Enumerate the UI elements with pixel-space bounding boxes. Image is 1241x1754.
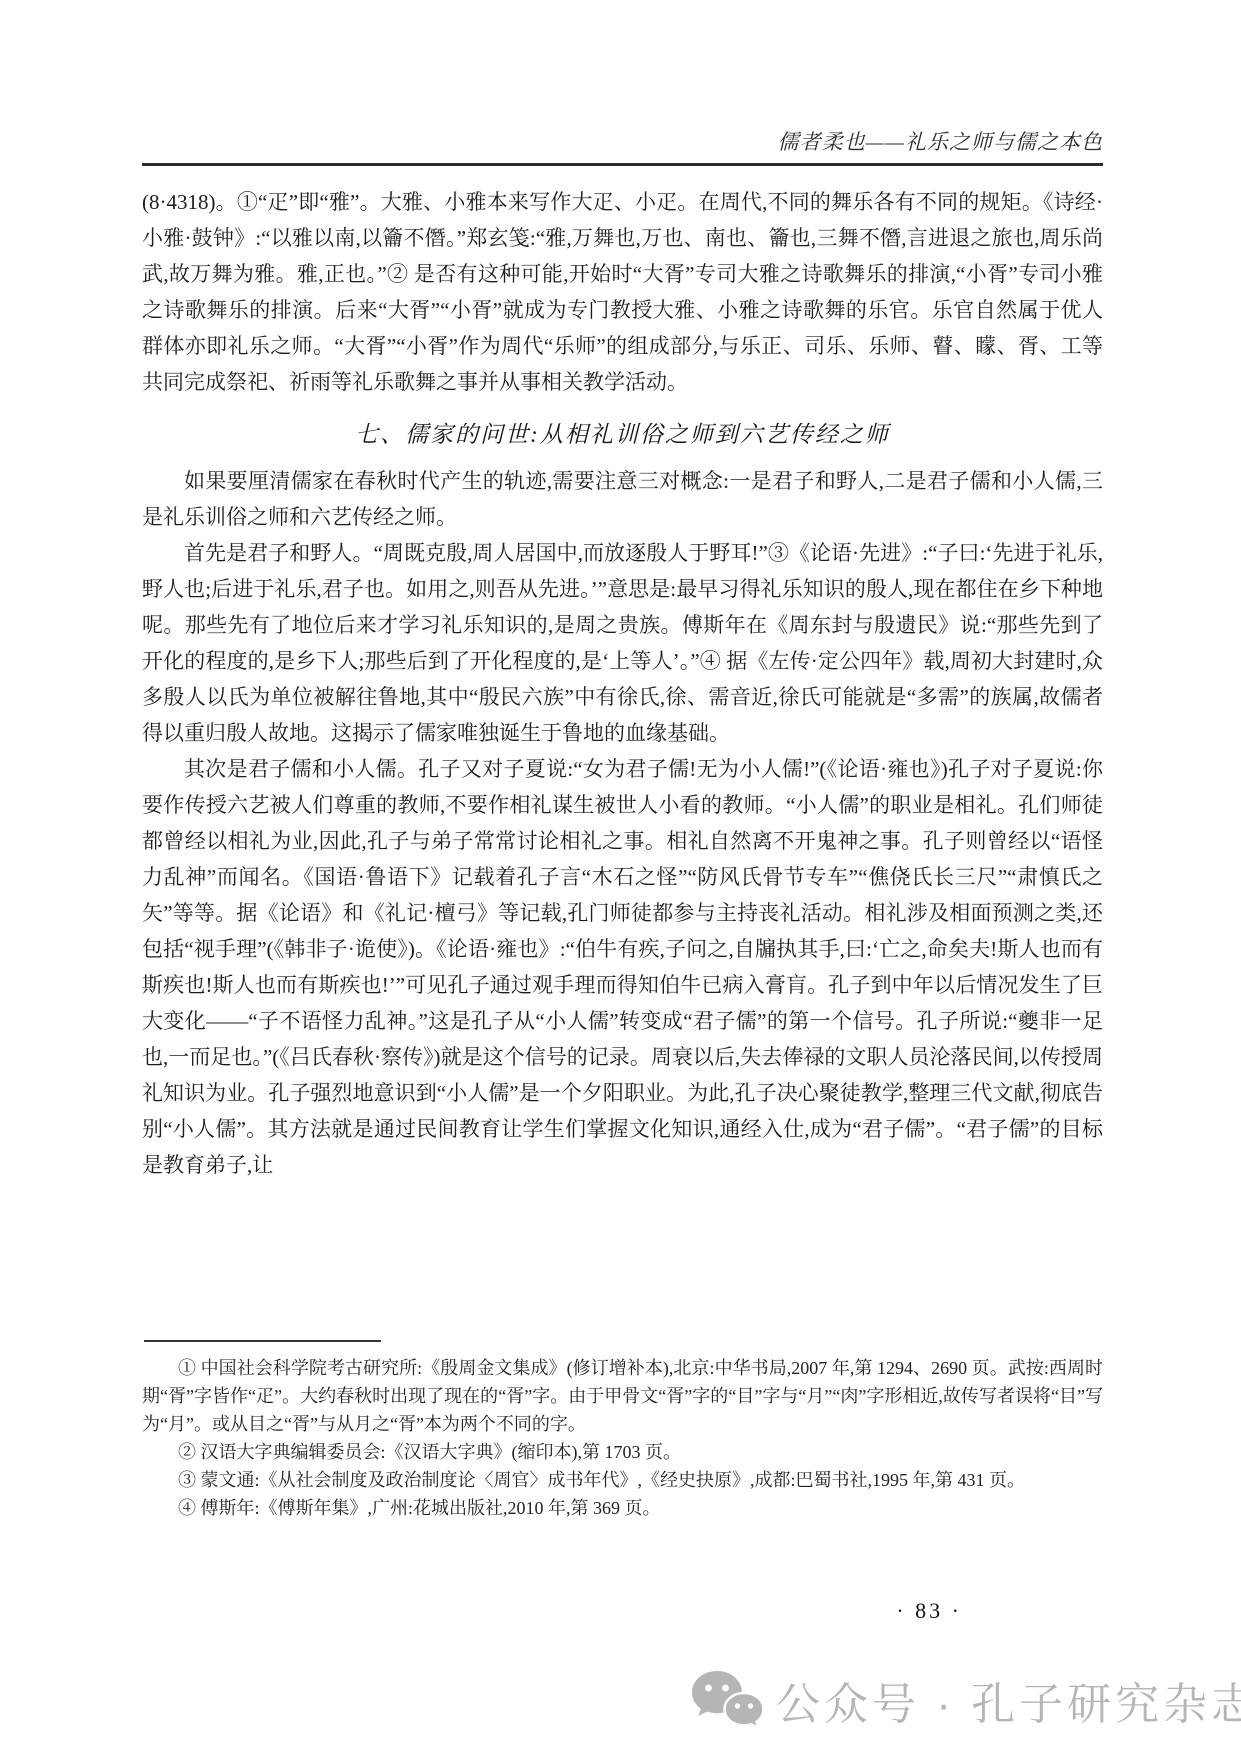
footnotes-section: ① 中国社会科学院考古研究所:《殷周金文集成》(修订增补本),北京:中华书局,2… xyxy=(142,1340,1103,1522)
running-head-container: 儒者柔也——礼乐之师与儒之本色 xyxy=(142,126,1103,156)
body-paragraph: 首先是君子和野人。“周既克殷,周人居国中,而放逐殷人于野耳!”③《论语·先进》:… xyxy=(142,535,1103,751)
footnote: ④ 傅斯年:《傅斯年集》,广州:花城出版社,2010 年,第 369 页。 xyxy=(142,1494,1103,1522)
footnote: ① 中国社会科学院考古研究所:《殷周金文集成》(修订增补本),北京:中华书局,2… xyxy=(142,1354,1103,1438)
page-body: (8·4318)。①“疋”即“雅”。大雅、小雅本来写作大疋、小疋。在周代,不同的… xyxy=(142,184,1103,1183)
running-head: 儒者柔也——礼乐之师与儒之本色 xyxy=(778,130,1103,154)
body-paragraph: 其次是君子儒和小人儒。孔子又对子夏说:“女为君子儒!无为小人儒!”(《论语·雍也… xyxy=(142,751,1103,1183)
wechat-icon xyxy=(690,1669,762,1731)
footnote-divider xyxy=(144,1340,381,1342)
section-heading: 七、儒家的问世:从相礼训俗之师到六艺传经之师 xyxy=(142,416,1103,449)
page-number: · 83 · xyxy=(142,1598,962,1624)
footnote: ③ 蒙文通:《从社会制度及政治制度论〈周官〉成书年代》,《经史抉原》,成都:巴蜀… xyxy=(142,1466,1103,1494)
body-paragraph: 如果要厘清儒家在春秋时代产生的轨迹,需要注意三对概念:一是君子和野人,二是君子儒… xyxy=(142,463,1103,535)
footnote: ② 汉语大字典编辑委员会:《汉语大字典》(缩印本),第 1703 页。 xyxy=(142,1438,1103,1466)
body-paragraph-intro: (8·4318)。①“疋”即“雅”。大雅、小雅本来写作大疋、小疋。在周代,不同的… xyxy=(142,184,1103,400)
document-page: 儒者柔也——礼乐之师与儒之本色 (8·4318)。①“疋”即“雅”。大雅、小雅本… xyxy=(0,0,1241,1754)
watermark: 公众号 · 孔子研究杂志 xyxy=(690,1668,1241,1732)
header-rule xyxy=(142,163,1103,166)
watermark-text: 公众号 · 孔子研究杂志 xyxy=(776,1668,1241,1732)
